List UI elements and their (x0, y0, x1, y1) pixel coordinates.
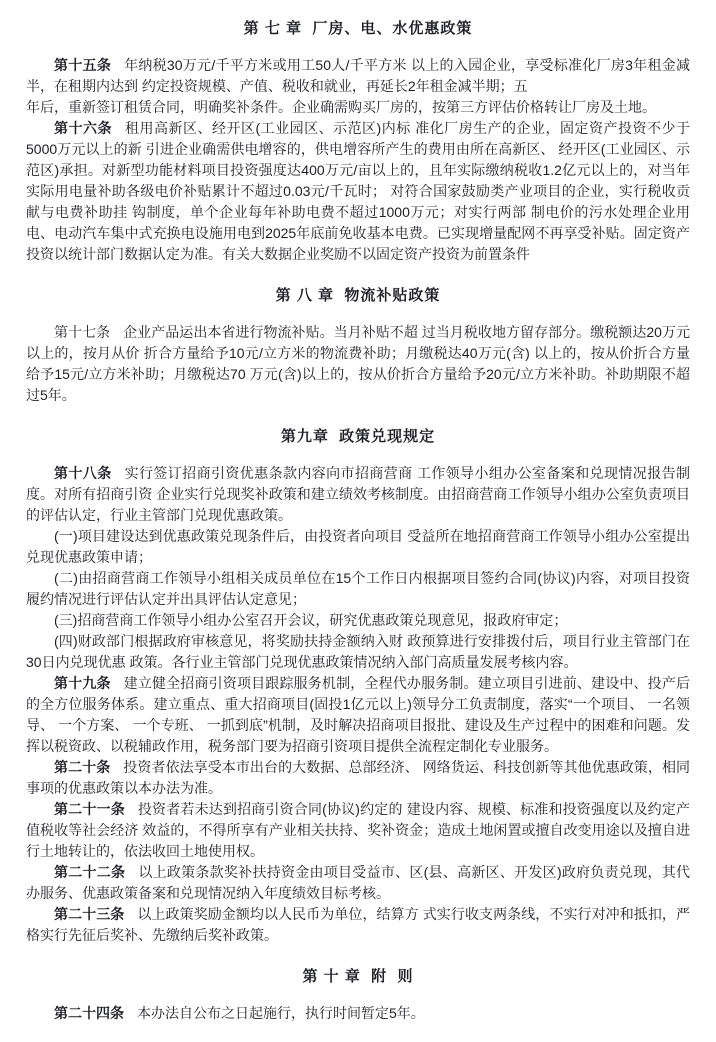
chapter-8-heading: 第 八 章 物流补贴政策 (26, 285, 690, 306)
article-24-text: 本办法自公布之日起施行，执行时间暂定5年。 (137, 1005, 425, 1021)
article-23-number: 第二十三条 (54, 906, 124, 922)
article-18-item-1: (一)项目建设达到优惠政策兑现条件后，由投资者向项目 受益所在地招商营商工作领导… (26, 526, 690, 568)
article-23-text: 以上政策奖励金额均以人民币为单位，结算方 式实行收支两条线，不实行对冲和抵扣，严… (26, 906, 690, 943)
article-15: 第十五条年纳税30万元/千平方米或用工50人/千平方米 以上的入园企业，享受标准… (26, 55, 690, 118)
article-19: 第十九条建立健全招商引资项目跟踪服务机制，全程代办服务制。建立项目引进前、建设中… (26, 673, 690, 757)
article-16-number: 第十六条 (54, 120, 112, 136)
article-15-number: 第十五条 (54, 57, 111, 73)
article-21-text: 投资者若未达到招商引资合同(协议)约定的 建设内容、规模、标准和投资强度以及约定… (26, 801, 690, 859)
article-18: 第十八条实行签订招商引资优惠条款内容向市招商营商 工作领导小组办公室备案和兑现情… (26, 463, 690, 526)
article-24-number: 第二十四条 (54, 1005, 124, 1021)
chapter-10-heading: 第 十 章 附 则 (26, 966, 690, 987)
article-18-item-4: (四)财政部门根据政府审核意见，将奖励扶持金额纳入财 政预算进行安排拨付后，项目… (26, 631, 690, 673)
article-20-number: 第二十条 (54, 759, 110, 775)
article-20-text: 投资者依法享受本市出台的大数据、总部经济、 网络货运、科技创新等其他优惠政策，相… (26, 759, 690, 796)
policy-document-page: 第 七 章 厂房、电、水优惠政策 第十五条年纳税30万元/千平方米或用工50人/… (0, 0, 716, 1042)
article-16-text: 租用高新区、经开区(工业园区、示范区)内标 准化厂房生产的企业，固定资产投资不少… (26, 120, 690, 262)
article-21: 第二十一条投资者若未达到招商引资合同(协议)约定的 建设内容、规模、标准和投资强… (26, 799, 690, 862)
article-18-text: 实行签订招商引资优惠条款内容向市招商营商 工作领导小组办公室备案和兑现情况报告制… (26, 465, 690, 523)
article-22-number: 第二十二条 (54, 864, 125, 880)
article-16: 第十六条租用高新区、经开区(工业园区、示范区)内标 准化厂房生产的企业，固定资产… (26, 118, 690, 265)
article-23: 第二十三条以上政策奖励金额均以人民币为单位，结算方 式实行收支两条线，不实行对冲… (26, 904, 690, 946)
article-22-text: 以上政策条款奖补扶持资金由项目受益市、区(县、高新区、开发区)政府负责兑现，其代… (26, 864, 690, 901)
article-18-item-2: (二)由招商营商工作领导小组相关成员单位在15个工作日内根据项目签约合同(协议)… (26, 568, 690, 610)
article-19-text: 建立健全招商引资项目跟踪服务机制，全程代办服务制。建立项目引进前、建设中、投产后… (26, 675, 690, 754)
article-18-item-2-text: (二)由招商营商工作领导小组相关成员单位在15个工作日内根据项目签约合同(协议)… (26, 570, 690, 607)
article-18-number: 第十八条 (54, 465, 112, 481)
article-22: 第二十二条以上政策条款奖补扶持资金由项目受益市、区(县、高新区、开发区)政府负责… (26, 862, 690, 904)
article-21-number: 第二十一条 (54, 801, 125, 817)
article-17-number: 第十七条 (54, 324, 110, 340)
article-18-item-3: (三)招商营商工作领导小组办公室召开会议，研究优惠政策兑现意见，报政府审定； (26, 610, 690, 631)
article-18-item-3-text: (三)招商营商工作领导小组办公室召开会议，研究优惠政策兑现意见，报政府审定； (54, 612, 567, 628)
article-15-text: 年纳税30万元/千平方米或用工50人/千平方米 以上的入园企业，享受标准化厂房3… (26, 57, 690, 115)
article-20: 第二十条投资者依法享受本市出台的大数据、总部经济、 网络货运、科技创新等其他优惠… (26, 757, 690, 799)
chapter-9-heading: 第九章 政策兑现规定 (26, 426, 690, 447)
article-24: 第二十四条本办法自公布之日起施行，执行时间暂定5年。 (26, 1003, 690, 1024)
article-17: 第十七条企业产品运出本省进行物流补贴。当月补贴不超 过当月税收地方留存部分。缴税… (26, 322, 690, 406)
article-18-item-4-text: (四)财政部门根据政府审核意见，将奖励扶持金额纳入财 政预算进行安排拨付后，项目… (26, 633, 690, 670)
article-18-item-1-text: (一)项目建设达到优惠政策兑现条件后，由投资者向项目 受益所在地招商营商工作领导… (26, 528, 690, 565)
article-17-text: 企业产品运出本省进行物流补贴。当月补贴不超 过当月税收地方留存部分。缴税额达20… (26, 324, 690, 403)
article-19-number: 第十九条 (54, 675, 111, 691)
chapter-7-heading: 第 七 章 厂房、电、水优惠政策 (26, 18, 690, 39)
